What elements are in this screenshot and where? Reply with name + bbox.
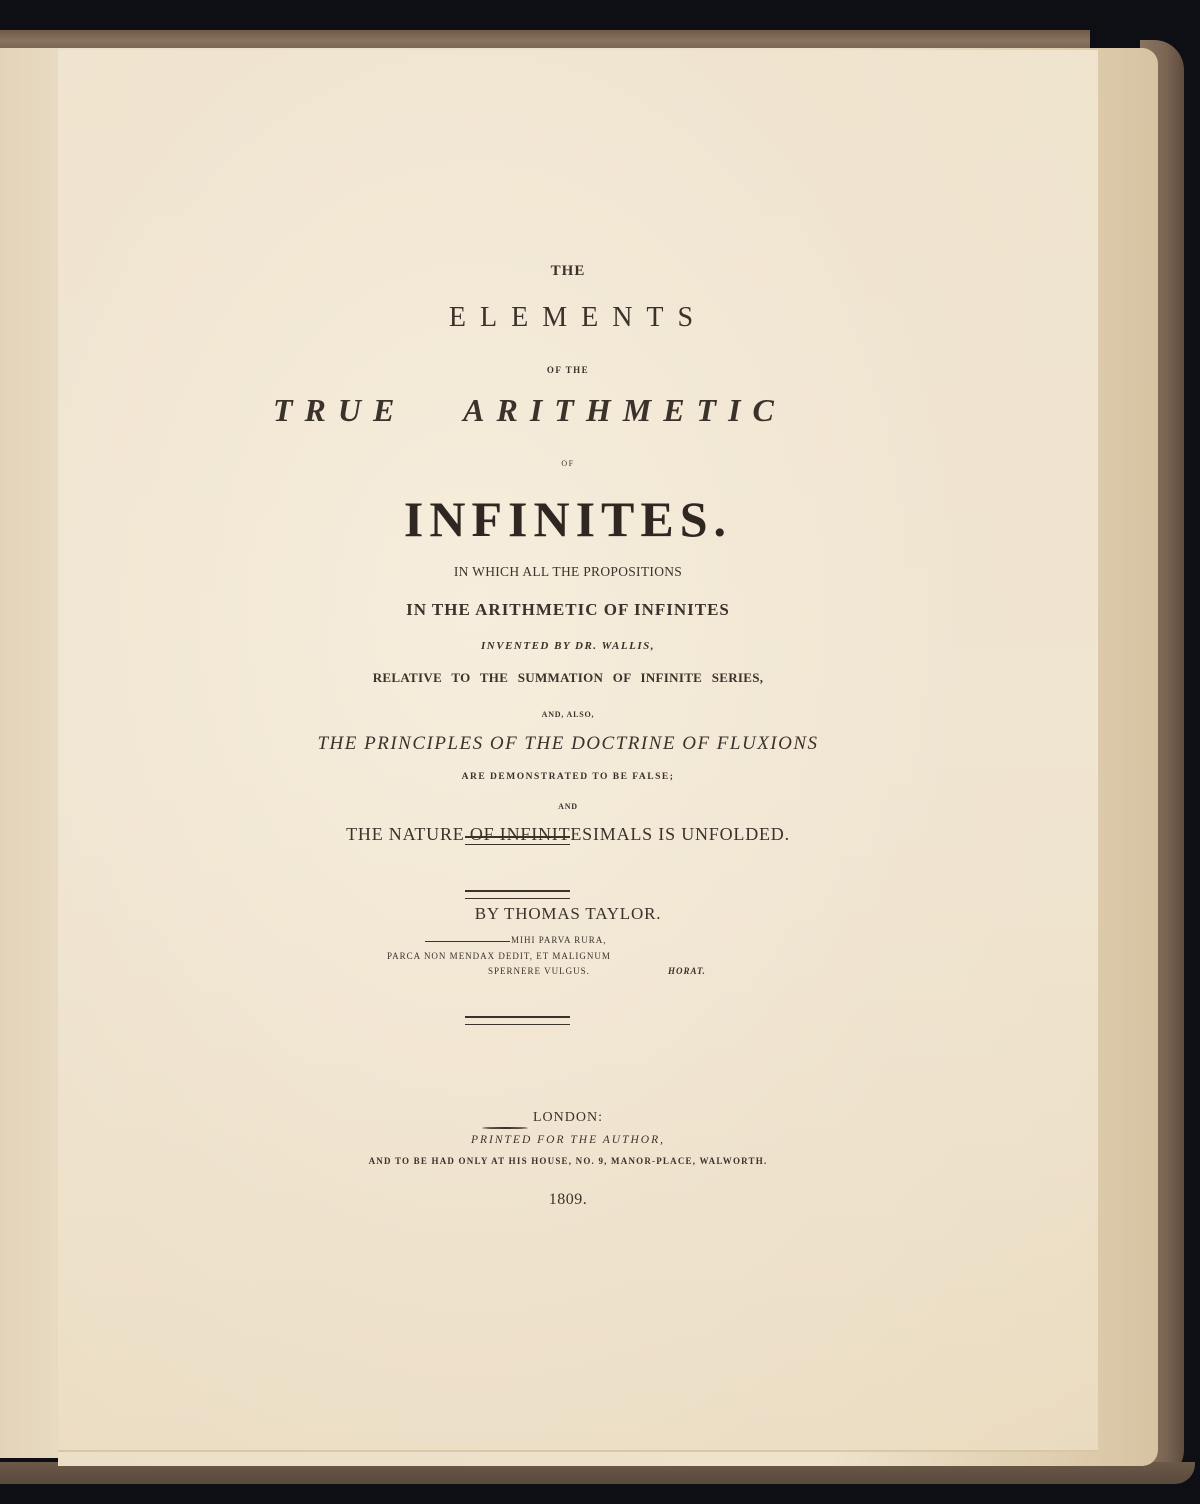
imprint-city: LONDON: (258, 1110, 878, 1126)
imprint-year: 1809. (258, 1191, 878, 1209)
imprint-address: AND TO BE HAD ONLY AT HIS HOUSE, NO. 9, … (258, 1156, 878, 1166)
subtitle-in-the-arithmetic: IN THE ARITHMETIC OF INFINITES (258, 600, 878, 620)
motto-rule (425, 941, 510, 942)
double-rule-divider (465, 890, 570, 899)
title-the: THE (258, 263, 878, 280)
ornament-divider (482, 1127, 528, 1129)
double-rule-divider (465, 1016, 570, 1025)
left-page-edge (0, 48, 60, 1458)
subtitle-and: AND (258, 802, 878, 811)
motto-line-3: SPERNERE VULGUS. (488, 966, 590, 976)
author-byline: BY THOMAS TAYLOR. (258, 904, 878, 924)
subtitle-and-also: AND, ALSO, (258, 710, 878, 719)
title-infinites: INFINITES. (258, 490, 878, 548)
title-of-the: OF THE (258, 365, 878, 375)
subtitle-invented-by: INVENTED BY DR. WALLIS, (258, 640, 878, 652)
double-rule-divider (465, 836, 570, 845)
subtitle-principles: THE PRINCIPLES OF THE DOCTRINE OF FLUXIO… (258, 733, 878, 755)
subtitle-relative-to: RELATIVE TO THE SUMMATION OF INFINITE SE… (258, 670, 878, 686)
title-elements: ELEMENTS (258, 302, 888, 334)
motto-line-2: PARCA NON MENDAX DEDIT, ET MALIGNUM (387, 951, 611, 961)
motto-attribution: HORAT. (668, 966, 706, 976)
subtitle-in-which: IN WHICH ALL THE PROPOSITIONS (258, 564, 878, 580)
motto-line-1: MIHI PARVA RURA, (511, 935, 607, 945)
title-true-arithmetic: TRUE ARITHMETIC (273, 392, 893, 429)
title-page: THE ELEMENTS OF THE TRUE ARITHMETIC OF I… (58, 50, 1098, 1452)
subtitle-demonstrated: ARE DEMONSTRATED TO BE FALSE; (258, 772, 878, 782)
imprint-printed-for: PRINTED FOR THE AUTHOR, (258, 1134, 878, 1146)
title-of: OF (258, 459, 878, 468)
